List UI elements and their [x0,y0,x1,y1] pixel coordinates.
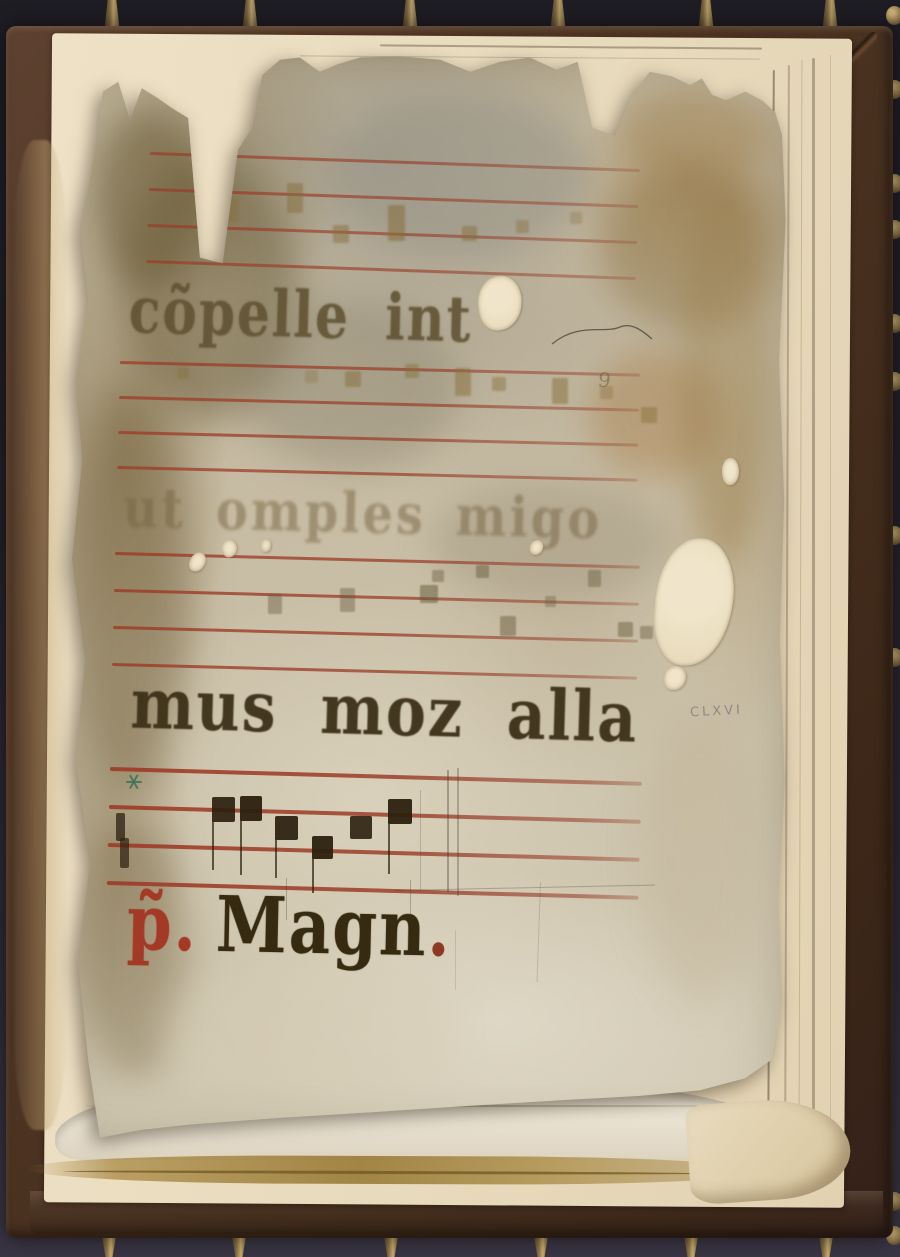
square-neume [570,212,582,224]
square-neume [641,407,657,423]
pencil-mark [420,790,421,890]
square-neume [476,565,489,578]
square-neume [455,368,471,396]
chant-staff [112,552,640,683]
square-neume [388,799,412,824]
square-neume [287,183,303,213]
square-neume [312,836,333,859]
chant-text-line-3: mus moz alla [130,664,640,759]
parchment-hole [474,273,525,333]
square-neume [552,378,568,404]
square-neume [350,816,372,839]
neume-tail [275,838,277,878]
staff-line [109,805,641,823]
folio-number-pencil: CLXVI [690,703,744,721]
square-neume [500,616,516,636]
parchment-stain [680,180,770,560]
square-neume [345,371,361,387]
square-neume [275,816,298,840]
staff-line [108,843,640,861]
square-neume [405,364,419,378]
square-neume [432,570,444,582]
square-neume [462,226,477,241]
green-star-doodle [124,772,144,792]
pencil-mark [447,770,449,892]
pencil-mark [455,930,456,990]
square-neume [340,588,355,612]
square-neume [588,570,601,587]
square-neume [305,370,318,383]
rubric-psalm-mark: p̃. [126,878,199,969]
square-neume [618,622,633,637]
square-neume [227,198,239,222]
square-neume [212,797,235,822]
square-neume [516,220,529,233]
square-neume [640,626,653,639]
stray-hair-mark [548,312,658,357]
square-neume [177,367,189,379]
parchment-stain [640,700,760,1000]
square-neume [120,838,129,868]
staff-line [114,589,639,606]
parchment-leaf: cõpelle int ut omples migo mus moz alla … [58,52,793,1152]
staff-line [113,626,638,643]
parchment-hole [261,539,271,552]
pencil-mark [457,768,459,896]
parchment-stain [160,960,460,1100]
neume-tail [388,822,390,874]
square-neume [420,585,438,603]
parchment-stain [620,90,770,180]
antiphon-label-period: . [427,884,453,974]
square-neume [268,594,282,614]
parchment-hole [664,666,686,690]
square-neume [388,205,405,241]
pencil-mark [286,878,287,920]
square-neume [545,596,556,607]
staff-line [118,431,638,447]
staff-line [110,767,642,785]
chant-text-line-2: ut omples migo [122,476,603,552]
chant-text-line-1: cõpelle int [128,272,474,357]
square-neume [116,813,125,841]
parchment-shadow-wrap: cõpelle int ut omples migo mus moz alla … [0,0,900,1257]
pencil-mark [410,880,411,918]
square-neume [492,377,506,391]
manuscript-photo: cõpelle int ut omples migo mus moz alla … [0,0,900,1257]
neume-tail [212,820,214,870]
square-neume [333,225,349,243]
neume-tail [240,819,242,875]
square-neume [240,796,262,821]
chant-text-line-4: p̃.Magn. [126,878,453,975]
antiphon-label: Magn [215,880,428,974]
